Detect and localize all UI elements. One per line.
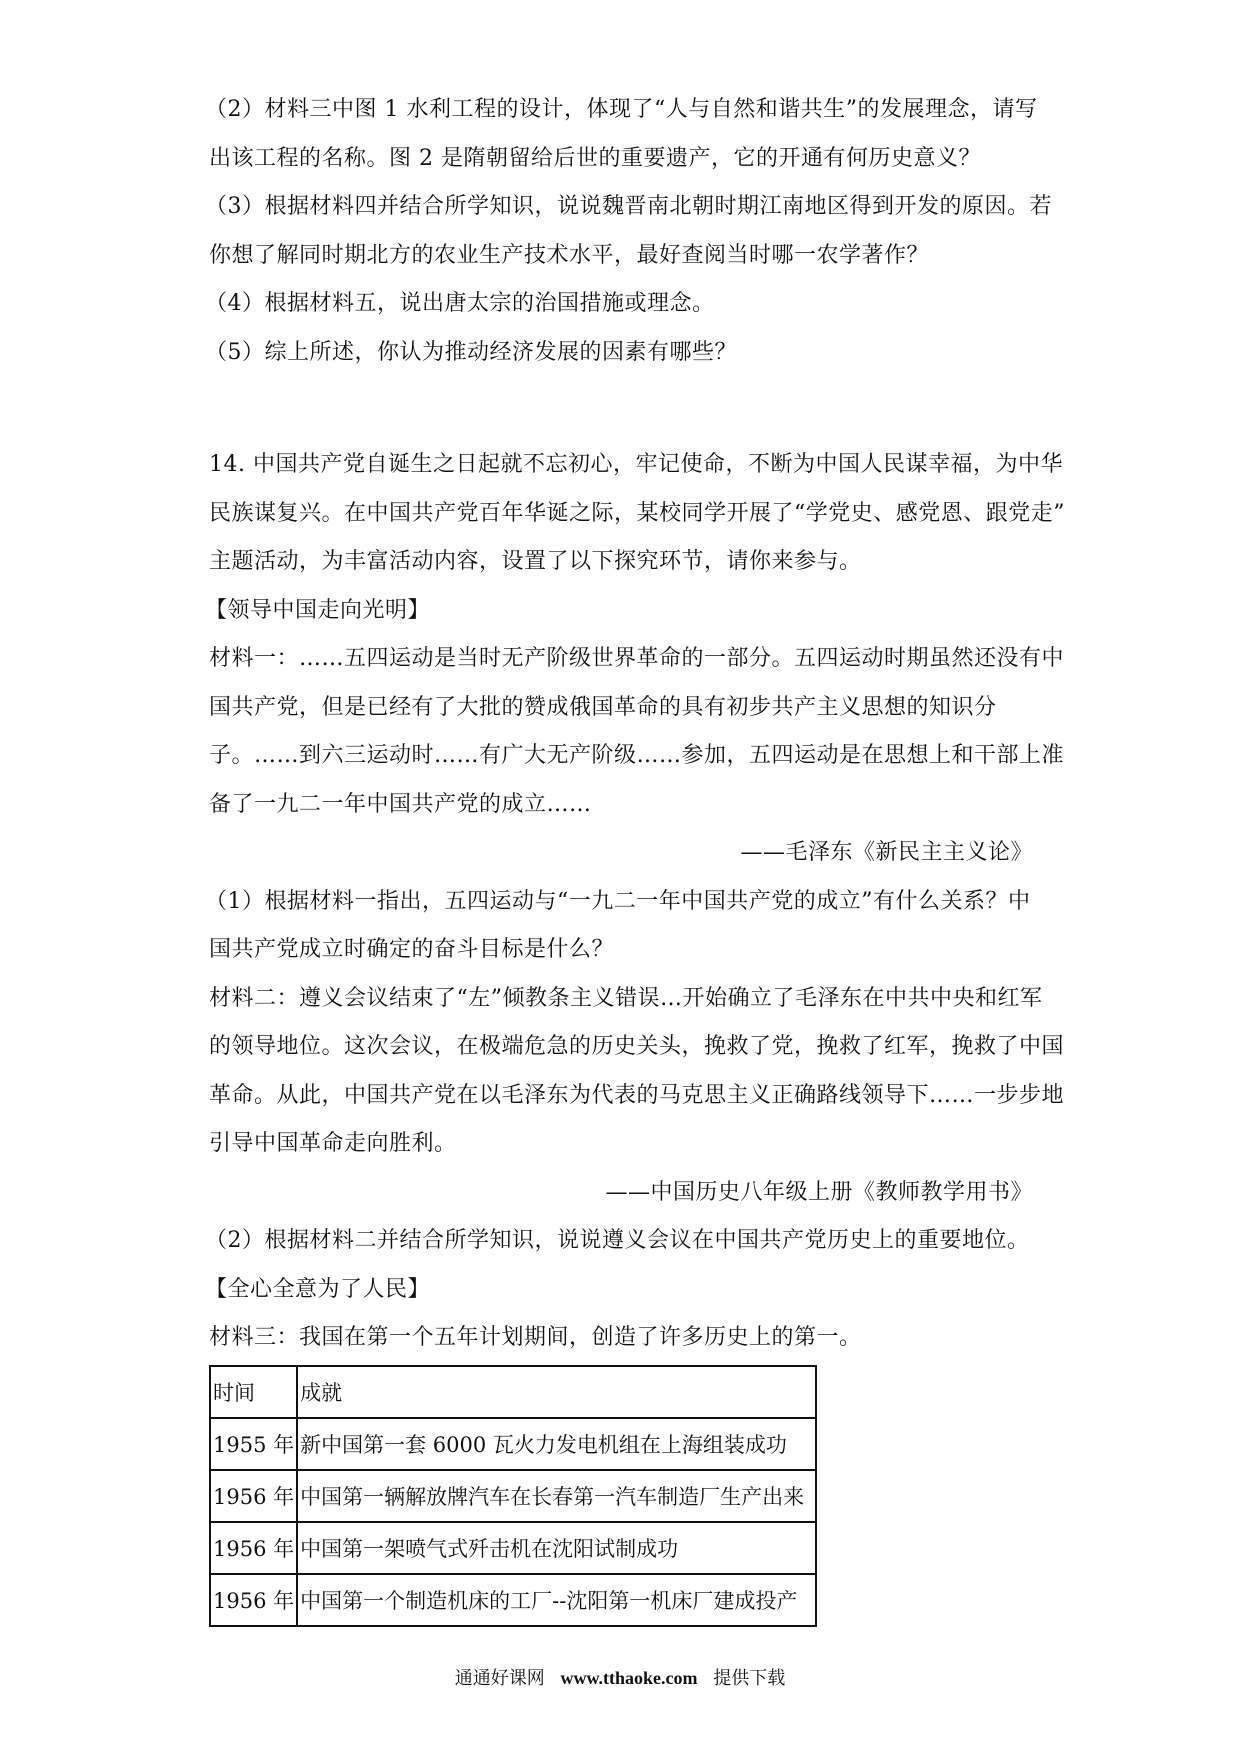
material-1-line-2: 国共产党，但是已经有了大批的赞成俄国革命的具有初步共产主义思想的知识分	[209, 693, 997, 723]
material-1-source: ——毛泽东《新民主主义论》	[740, 838, 1033, 868]
q14-sub-question-1-line-2: 国共产党成立时确定的奋斗目标是什么？	[209, 935, 614, 965]
footer-url-link[interactable]: www.tthaoke.com	[561, 1668, 698, 1688]
sub-question-3-line-2: 你想了解同时期北方的农业生产技术水平，最好查阅当时哪一农学著作？	[209, 241, 929, 271]
achievements-table: 时间 成就 1955 年 新中国第一套 6000 瓦火力发电机组在上海组装成功 …	[209, 1365, 817, 1627]
table-cell-achievement: 中国第一架喷气式歼击机在沈阳试制成功	[297, 1522, 816, 1574]
section-title-leading-china: 【领导中国走向光明】	[205, 596, 430, 626]
sub-question-5: （5）综上所述，你认为推动经济发展的因素有哪些？	[205, 338, 737, 368]
document-page: （2）材料三中图 1 水利工程的设计，体现了“人与自然和谐共生”的发展理念，请写…	[0, 0, 1240, 1754]
table-header-row: 时间 成就	[210, 1366, 816, 1418]
table-cell-achievement: 中国第一辆解放牌汽车在长春第一汽车制造厂生产出来	[297, 1470, 816, 1522]
page-footer: 通通好课网 www.tthaoke.com 提供下载	[0, 1665, 1240, 1692]
material-2-line-1: 材料二：遵义会议结束了“左”倾教条主义错误…开始确立了毛泽东在中共中央和红军	[209, 984, 1043, 1014]
question-14-intro-line-3: 主题活动，为丰富活动内容，设置了以下探究环节，请你来参与。	[209, 547, 862, 577]
footer-suffix: 提供下载	[713, 1668, 785, 1689]
section-title-serving-people: 【全心全意为了人民】	[205, 1275, 430, 1305]
q14-sub-question-1-line-1: （1）根据材料一指出，五四运动与“一九二一年中国共产党的成立”有什么关系？中	[205, 887, 1031, 917]
table-cell-year: 1956 年	[210, 1522, 297, 1574]
sub-question-2-line-1: （2）材料三中图 1 水利工程的设计，体现了“人与自然和谐共生”的发展理念，请写	[205, 95, 1037, 125]
table-cell-year: 1956 年	[210, 1470, 297, 1522]
table-header-time: 时间	[210, 1366, 297, 1418]
sub-question-3-line-1: （3）根据材料四并结合所学知识，说说魏晋南北朝时期江南地区得到开发的原因。若	[205, 192, 1052, 222]
footer-site-name: 通通好课网	[455, 1668, 545, 1689]
table-row: 1955 年 新中国第一套 6000 瓦火力发电机组在上海组装成功	[210, 1418, 816, 1470]
table-row: 1956 年 中国第一个制造机床的工厂--沈阳第一机床厂建成投产	[210, 1574, 816, 1626]
material-2-line-4: 引导中国革命走向胜利。	[209, 1129, 457, 1159]
material-3-intro: 材料三：我国在第一个五年计划期间，创造了许多历史上的第一。	[209, 1323, 862, 1353]
table-cell-year: 1956 年	[210, 1574, 297, 1626]
material-1-line-1: 材料一：……五四运动是当时无产阶级世界革命的一部分。五四运动时期虽然还没有中	[209, 644, 1064, 674]
table-row: 1956 年 中国第一辆解放牌汽车在长春第一汽车制造厂生产出来	[210, 1470, 816, 1522]
material-2-line-2: 的领导地位。这次会议，在极端危急的历史关头，挽救了党，挽救了红军，挽救了中国	[209, 1032, 1064, 1062]
material-2-line-3: 革命。从此，中国共产党在以毛泽东为代表的马克思主义正确路线领导下……一步步地	[209, 1081, 1064, 1111]
table-cell-achievement: 中国第一个制造机床的工厂--沈阳第一机床厂建成投产	[297, 1574, 816, 1626]
question-14-intro-line-1: 14. 中国共产党自诞生之日起就不忘初心，牢记使命，不断为中国人民谋幸福，为中华	[209, 450, 1063, 480]
q14-sub-question-2: （2）根据材料二并结合所学知识，说说遵义会议在中国共产党历史上的重要地位。	[205, 1226, 1030, 1256]
material-2-source: ——中国历史八年级上册《教师教学用书》	[605, 1178, 1033, 1208]
material-1-line-3: 子。……到六三运动时……有广大无产阶级……参加，五四运动是在思想上和干部上准	[209, 741, 1064, 771]
sub-question-4: （4）根据材料五，说出唐太宗的治国措施或理念。	[205, 289, 715, 319]
sub-question-2-line-2: 出该工程的名称。图 2 是隋朝留给后世的重要遗产，它的开通有何历史意义？	[209, 144, 981, 174]
table-cell-achievement: 新中国第一套 6000 瓦火力发电机组在上海组装成功	[297, 1418, 816, 1470]
table-header-achievement: 成就	[297, 1366, 816, 1418]
question-14-intro-line-2: 民族谋复兴。在中国共产党百年华诞之际，某校同学开展了“学党史、感党恩、跟党走”	[209, 499, 1065, 529]
material-1-line-4: 备了一九二一年中国共产党的成立……	[209, 790, 592, 820]
table-cell-year: 1955 年	[210, 1418, 297, 1470]
table-row: 1956 年 中国第一架喷气式歼击机在沈阳试制成功	[210, 1522, 816, 1574]
